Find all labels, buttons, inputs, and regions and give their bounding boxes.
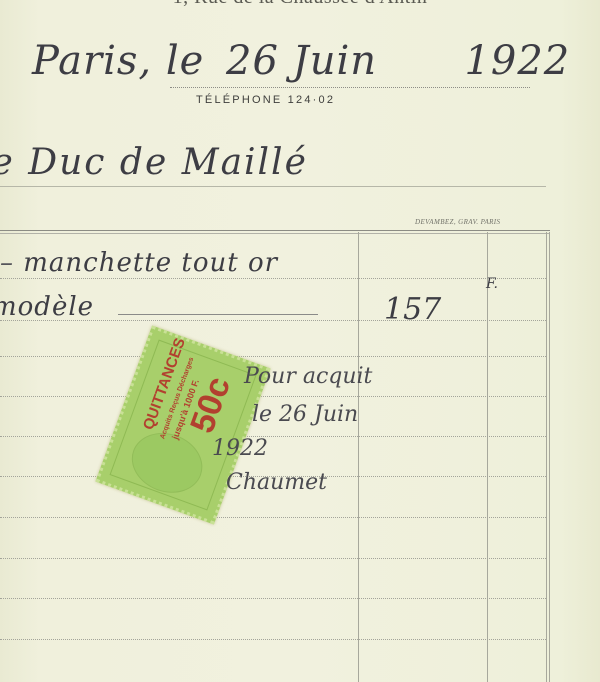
signature: Chaumet [226,470,327,495]
row-rule [0,517,546,518]
date-month: Juin [293,38,377,84]
row-rule [0,356,546,357]
receipt-note-line3: 1922 [212,436,268,461]
line-item-description: – manchette tout or [0,248,278,278]
row-rule [0,598,546,599]
line-item-description: modèle [0,292,94,322]
receipt-note-line1: Pour acquit [244,364,372,389]
date-underline [170,87,530,88]
date-line: Paris, le 26 Juin 1922 [32,38,570,84]
table-top-rule-2 [0,233,550,234]
header-address: 1, Rue de la Chaussée d'Antin [0,0,600,9]
table-top-rule [0,230,550,231]
row-rule [0,558,546,559]
telephone: TÉLÉPHONE 124·02 [196,94,335,106]
printer-mark: DEVAMBEZ, GRAV. PARIS [415,218,500,226]
column-divider-francs [358,232,359,682]
column-divider-centimes [487,232,488,682]
table-right-border [546,232,547,682]
item-text: manchette tout or [23,248,278,278]
item-dash-line [118,314,318,315]
date-day: 26 [226,38,279,84]
row-rule [0,278,546,279]
row-rule [0,639,546,640]
receipt-note-line2: le 26 Juin [252,402,358,427]
row-rule [0,396,546,397]
table-right-border-2 [549,232,550,682]
addressee-underline [0,186,546,187]
row-rule [0,436,546,437]
line-item-amount: 157 [384,292,441,327]
city-prefix: Paris, le [32,38,204,84]
addressee: le Duc de Maillé [0,142,308,183]
amount-unit: F. [486,276,498,292]
date-year: 1922 [464,38,570,84]
